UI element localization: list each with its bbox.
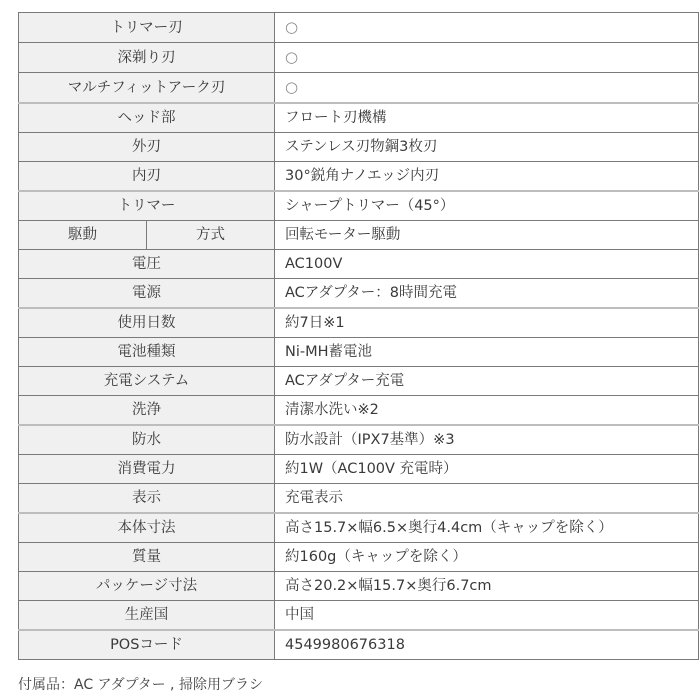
table-row: 深剃り刃 ○ [19,43,699,73]
spec-label: 電源 [19,279,275,309]
table-row: 充電システム ACアダプター充電 [19,367,699,396]
spec-value: ACアダプター：8時間充電 [275,279,699,309]
table-row: マルチフィットアーク刃 ○ [19,73,699,104]
spec-label: 外刃 [19,133,275,162]
spec-value: 30°鋭角ナノエッジ内刃 [275,162,699,192]
table-row: 内刃 30°鋭角ナノエッジ内刃 [19,162,699,192]
table-row: トリマー刃 ○ [19,13,699,43]
spec-value: ○ [275,43,699,73]
spec-value: ○ [275,73,699,104]
spec-value: 清潔水洗い※2 [275,396,699,426]
circle-mark-icon: ○ [285,78,298,96]
spec-label: 表示 [19,484,275,514]
spec-label: 質量 [19,543,275,572]
spec-label: POSコード [19,630,275,660]
table-row: 生産国 中国 [19,601,699,631]
spec-value: 中国 [275,601,699,631]
table-row: 消費電力 約1W（AC100V 充電時） [19,455,699,484]
circle-mark-icon: ○ [285,48,298,66]
spec-label: 消費電力 [19,455,275,484]
circle-mark-icon: ○ [285,18,298,36]
spec-label: トリマー [19,191,275,221]
spec-value: ACアダプター充電 [275,367,699,396]
table-row: POSコード 4549980676318 [19,630,699,660]
table-row: 電圧 AC100V [19,250,699,279]
spec-label: マルチフィットアーク刃 [19,73,275,104]
spec-label: 内刃 [19,162,275,192]
spec-value: 防水設計（IPX7基準）※3 [275,425,699,455]
spec-label: トリマー刃 [19,13,275,43]
table-row: 使用日数 約7日※1 [19,308,699,338]
spec-label: パッケージ寸法 [19,572,275,601]
spec-label: 防水 [19,425,275,455]
table-row: 質量 約160g（キャップを除く） [19,543,699,572]
spec-value: シャープトリマー（45°） [275,191,699,221]
table-row: パッケージ寸法 高さ20.2×幅15.7×奥行6.7cm [19,572,699,601]
spec-table: トリマー刃 ○ 深剃り刃 ○ マルチフィットアーク刃 ○ ヘッド部 フロート刃機… [18,12,699,660]
table-row: 電池種類 Ni-MH蓄電池 [19,338,699,367]
spec-label: 深剃り刃 [19,43,275,73]
table-row: 表示 充電表示 [19,484,699,514]
spec-value: 充電表示 [275,484,699,514]
spec-value: フロート刃機構 [275,103,699,133]
spec-value: Ni-MH蓄電池 [275,338,699,367]
spec-value: ○ [275,13,699,43]
table-row: 洗浄 清潔水洗い※2 [19,396,699,426]
spec-value: 高さ20.2×幅15.7×奥行6.7cm [275,572,699,601]
spec-label: 本体寸法 [19,513,275,543]
spec-value: AC100V [275,250,699,279]
table-row: ヘッド部 フロート刃機構 [19,103,699,133]
spec-label: 洗浄 [19,396,275,426]
spec-label: 生産国 [19,601,275,631]
spec-value: 約7日※1 [275,308,699,338]
table-row: トリマー シャープトリマー（45°） [19,191,699,221]
spec-sublabel: 方式 [147,221,275,250]
table-row: 防水 防水設計（IPX7基準）※3 [19,425,699,455]
spec-label: ヘッド部 [19,103,275,133]
accessories-footnote: 付属品：AC アダプター , 掃除用ブラシ [18,674,263,694]
spec-value: 約1W（AC100V 充電時） [275,455,699,484]
spec-label: 駆動 [19,221,147,250]
spec-label: 充電システム [19,367,275,396]
spec-label: 電池種類 [19,338,275,367]
spec-value: 回転モーター駆動 [275,221,699,250]
table-row: 本体寸法 高さ15.7×幅6.5×奥行4.4cm（キャップを除く） [19,513,699,543]
table-row: 駆動 方式 回転モーター駆動 [19,221,699,250]
spec-label: 電圧 [19,250,275,279]
spec-value: 約160g（キャップを除く） [275,543,699,572]
spec-label: 使用日数 [19,308,275,338]
spec-value: ステンレス刃物鋼3枚刃 [275,133,699,162]
spec-value: 高さ15.7×幅6.5×奥行4.4cm（キャップを除く） [275,513,699,543]
spec-value: 4549980676318 [275,630,699,660]
table-row: 電源 ACアダプター：8時間充電 [19,279,699,309]
table-row: 外刃 ステンレス刃物鋼3枚刃 [19,133,699,162]
